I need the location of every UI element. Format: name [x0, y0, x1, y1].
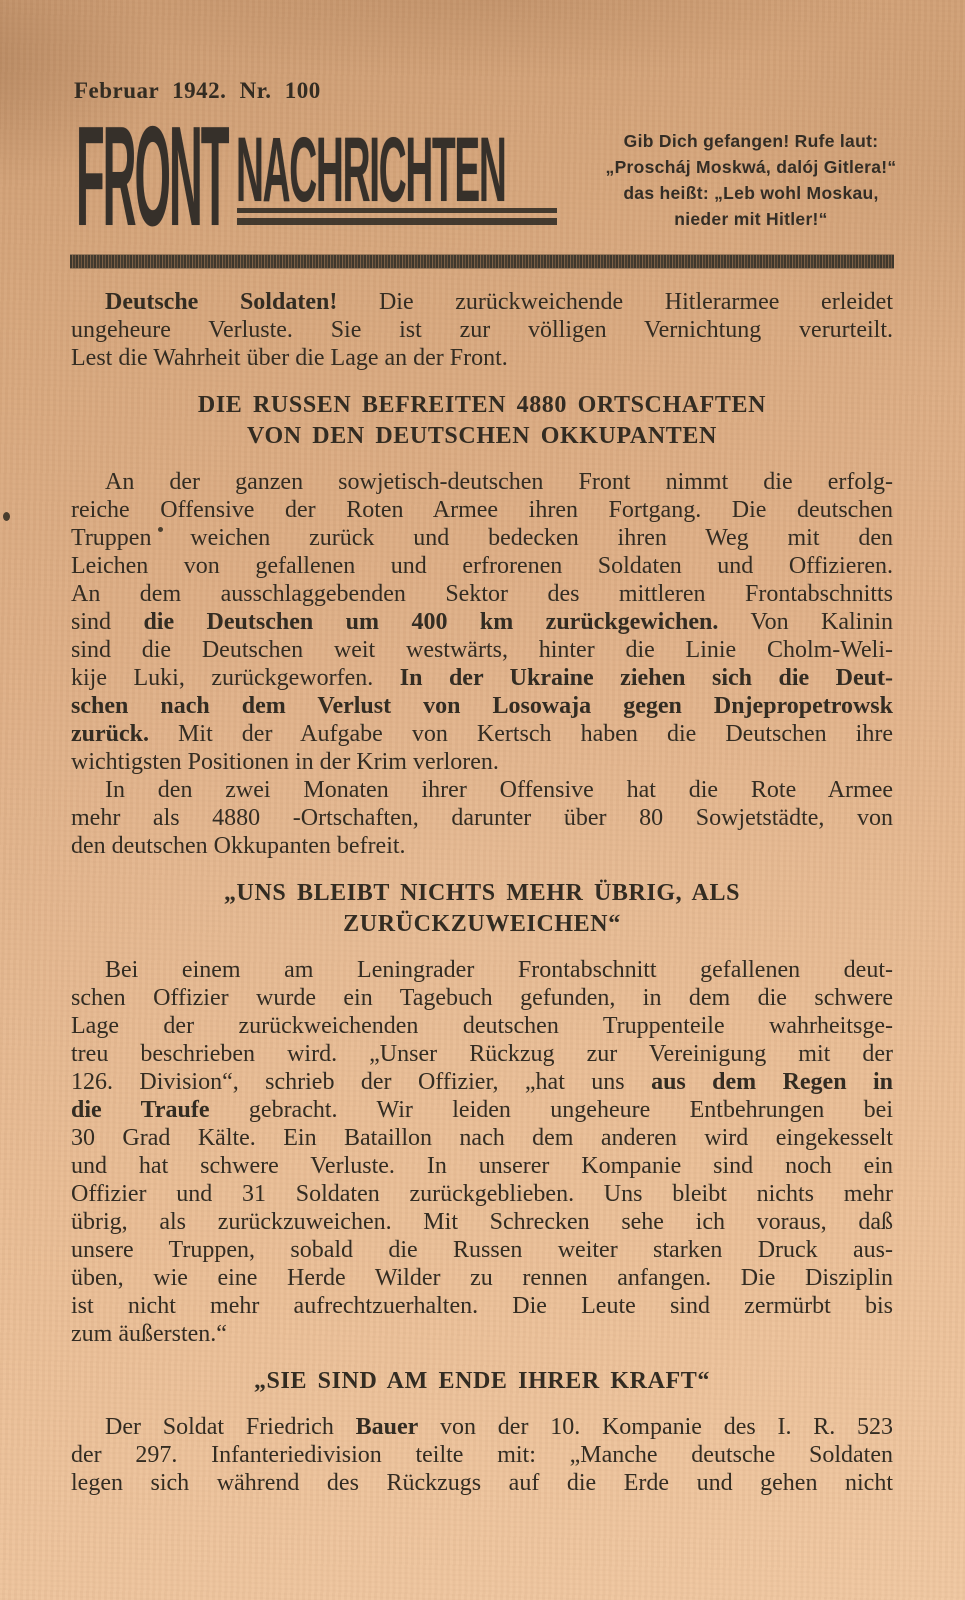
slogan-line: nieder mit Hitler!“	[548, 206, 954, 232]
body-text: und hat schwere Verluste. In unserer Kom…	[71, 1153, 893, 1179]
text-line: Offizier und 31 Soldaten zurückgeblieben…	[71, 1180, 893, 1208]
body-text: gebracht. Wir leiden ungeheure Entbehrun…	[210, 1097, 893, 1123]
text-line: mehr als 4880 -Ortschaften, darunter übe…	[71, 804, 893, 832]
text-line: sind die Deutschen weit westwärts, hinte…	[71, 636, 893, 664]
masthead-slogan: Gib Dich gefangen! Rufe laut: „Proscháj …	[548, 128, 954, 232]
text-line: üben, wie eine Herde Wilder zu rennen an…	[71, 1264, 893, 1292]
text-line: unsere Truppen, sobald die Russen weiter…	[71, 1236, 893, 1264]
body-text: Bei einem am Leningrader Frontabschnitt …	[105, 957, 893, 983]
body-text: wichtigsten Positionen in der Krim verlo…	[71, 749, 499, 775]
article-body: Deutsche Soldaten! Die zurückweichende H…	[71, 288, 893, 1497]
text-line: An der ganzen sowjetisch-deutschen Front…	[71, 468, 893, 496]
text-line: treu beschrieben wird. „Unser Rückzug zu…	[71, 1040, 893, 1068]
body-text: reiche Offensive der Roten Armee ihren F…	[71, 497, 893, 523]
text-line: schen Offizier wurde ein Tagebuch gefund…	[71, 984, 893, 1012]
body-text: ist nicht mehr aufrechtzuerhalten. Die L…	[71, 1293, 893, 1319]
masthead-underline	[237, 208, 557, 225]
body-text: Die zurückweichende Hitlerarmee erleidet	[337, 289, 893, 315]
text-line: ungeheure Verluste. Sie ist zur völligen…	[71, 316, 893, 344]
section-heading: DIE RUSSEN BEFREITEN 4880 ORTSCHAFTENVON…	[71, 390, 893, 452]
body-text: Leichen von gefallenen und erfrorenen So…	[71, 553, 893, 579]
heading-line: „UNS BLEIBT NICHTS MEHR ÜBRIG, ALS	[71, 878, 893, 909]
body-text: übrig, als zurückzuweichen. Mit Schrecke…	[71, 1209, 893, 1235]
body-text: Offizier und 31 Soldaten zurückgeblieben…	[71, 1181, 893, 1207]
text-line: In den zwei Monaten ihrer Offensive hat …	[71, 776, 893, 804]
body-text: den deutschen Okkupanten befreit.	[71, 833, 406, 859]
text-line: wichtigsten Positionen in der Krim verlo…	[71, 748, 893, 776]
bold-text: zurück.	[71, 721, 149, 747]
slogan-line: das heißt: „Leb wohl Moskau,	[548, 180, 954, 206]
body-text: Truppen weichen zurück und bedecken ihre…	[71, 525, 893, 551]
body-text: Lest die Wahrheit über die Lage an der F…	[71, 345, 508, 371]
text-line: sind die Deutschen um 400 km zurückgewic…	[71, 608, 893, 636]
text-line: ist nicht mehr aufrechtzuerhalten. Die L…	[71, 1292, 893, 1320]
slogan-line: Gib Dich gefangen! Rufe laut:	[548, 128, 954, 154]
section-heading: „UNS BLEIBT NICHTS MEHR ÜBRIG, ALSZURÜCK…	[71, 878, 893, 940]
text-line: Lage der zurückweichenden deutschen Trup…	[71, 1012, 893, 1040]
text-line: Der Soldat Friedrich Bauer von der 10. K…	[71, 1413, 893, 1441]
heading-line: „SIE SIND AM ENDE IHRER KRAFT“	[71, 1366, 893, 1397]
bold-text: die Traufe	[71, 1097, 210, 1123]
body-text: ungeheure Verluste. Sie ist zur völligen…	[71, 317, 893, 343]
text-line: übrig, als zurückzuweichen. Mit Schrecke…	[71, 1208, 893, 1236]
text-line: Truppen weichen zurück und bedecken ihre…	[71, 524, 893, 552]
body-text: von der 10. Kompanie des I. R. 523	[418, 1414, 893, 1440]
heading-line: ZURÜCKZUWEICHEN“	[71, 909, 893, 940]
body-text: sind	[71, 609, 143, 635]
body-text: üben, wie eine Herde Wilder zu rennen an…	[71, 1265, 893, 1291]
paragraph: Deutsche Soldaten! Die zurückweichende H…	[71, 288, 893, 372]
text-line: zum äußersten.“	[71, 1320, 893, 1348]
body-text: schen Offizier wurde ein Tagebuch gefund…	[71, 985, 893, 1011]
body-text: zum äußersten.“	[71, 1321, 227, 1347]
text-line: die Traufe gebracht. Wir leiden ungeheur…	[71, 1096, 893, 1124]
bold-text: schen nach dem Verlust von Losowaja gege…	[71, 693, 893, 719]
body-text: Lage der zurückweichenden deutschen Trup…	[71, 1013, 893, 1039]
heading-line: VON DEN DEUTSCHEN OKKUPANTEN	[71, 421, 893, 452]
body-text: 30 Grad Kälte. Ein Bataillon nach dem an…	[71, 1125, 893, 1151]
body-text: Von Kalinin	[718, 609, 893, 635]
body-text: unsere Truppen, sobald die Russen weiter…	[71, 1237, 893, 1263]
text-line: und hat schwere Verluste. In unserer Kom…	[71, 1152, 893, 1180]
text-line: reiche Offensive der Roten Armee ihren F…	[71, 496, 893, 524]
paragraph: Bei einem am Leningrader Frontabschnitt …	[71, 956, 893, 1348]
text-line: 126. Division“, schrieb der Offizier, „h…	[71, 1068, 893, 1096]
paper-speck	[3, 512, 10, 521]
body-text: Der Soldat Friedrich	[105, 1414, 356, 1440]
body-text: treu beschrieben wird. „Unser Rückzug zu…	[71, 1041, 893, 1067]
decorative-band	[70, 255, 894, 268]
body-text: An dem ausschlaggebenden Sektor des mitt…	[71, 581, 893, 607]
text-line: Deutsche Soldaten! Die zurückweichende H…	[71, 288, 893, 316]
masthead-title-front: FRONT	[76, 106, 227, 248]
body-text: legen sich während des Rückzugs auf die …	[71, 1470, 893, 1496]
paragraph: In den zwei Monaten ihrer Offensive hat …	[71, 776, 893, 860]
text-line: Lest die Wahrheit über die Lage an der F…	[71, 344, 893, 372]
bold-text: Deutsche Soldaten!	[105, 289, 337, 315]
text-line: den deutschen Okkupanten befreit.	[71, 832, 893, 860]
leaflet-page: Februar 1942. Nr. 100 FRONT NACHRICHTEN …	[0, 0, 965, 1600]
text-line: schen nach dem Verlust von Losowaja gege…	[71, 692, 893, 720]
body-text: An der ganzen sowjetisch-deutschen Front…	[105, 469, 893, 495]
bold-text: Bauer	[356, 1414, 419, 1440]
text-line: An dem ausschlaggebenden Sektor des mitt…	[71, 580, 893, 608]
bold-text: aus dem Regen in	[651, 1069, 893, 1095]
heading-line: DIE RUSSEN BEFREITEN 4880 ORTSCHAFTEN	[71, 390, 893, 421]
text-line: 30 Grad Kälte. Ein Bataillon nach dem an…	[71, 1124, 893, 1152]
text-line: zurück. Mit der Aufgabe von Kertsch habe…	[71, 720, 893, 748]
body-text: In den zwei Monaten ihrer Offensive hat …	[105, 777, 893, 803]
body-text: mehr als 4880 -Ortschaften, darunter übe…	[71, 805, 893, 831]
text-line: kije Luki, zurückgeworfen. In der Ukrain…	[71, 664, 893, 692]
text-line: legen sich während des Rückzugs auf die …	[71, 1469, 893, 1497]
masthead-title-nachrichten: NACHRICHTEN	[236, 124, 505, 216]
body-text: kije Luki, zurückgeworfen.	[71, 665, 400, 691]
text-line: Leichen von gefallenen und erfrorenen So…	[71, 552, 893, 580]
body-text: der 297. Infanteriedivision teilte mit: …	[71, 1442, 893, 1468]
paragraph: Der Soldat Friedrich Bauer von der 10. K…	[71, 1413, 893, 1497]
paragraph: An der ganzen sowjetisch-deutschen Front…	[71, 468, 893, 776]
bold-text: In der Ukraine ziehen sich die Deut-	[400, 665, 893, 691]
slogan-line: „Proscháj Moskwá, dalój Gitlera!“	[548, 154, 954, 180]
body-text: Mit der Aufgabe von Kertsch haben die De…	[149, 721, 893, 747]
text-line: Bei einem am Leningrader Frontabschnitt …	[71, 956, 893, 984]
text-line: der 297. Infanteriedivision teilte mit: …	[71, 1441, 893, 1469]
body-text: sind die Deutschen weit westwärts, hinte…	[71, 637, 893, 663]
bold-text: die Deutschen um 400 km zurückgewichen.	[143, 609, 718, 635]
paper-speck	[158, 527, 163, 532]
section-heading: „SIE SIND AM ENDE IHRER KRAFT“	[71, 1366, 893, 1397]
body-text: 126. Division“, schrieb der Offizier, „h…	[71, 1069, 651, 1095]
